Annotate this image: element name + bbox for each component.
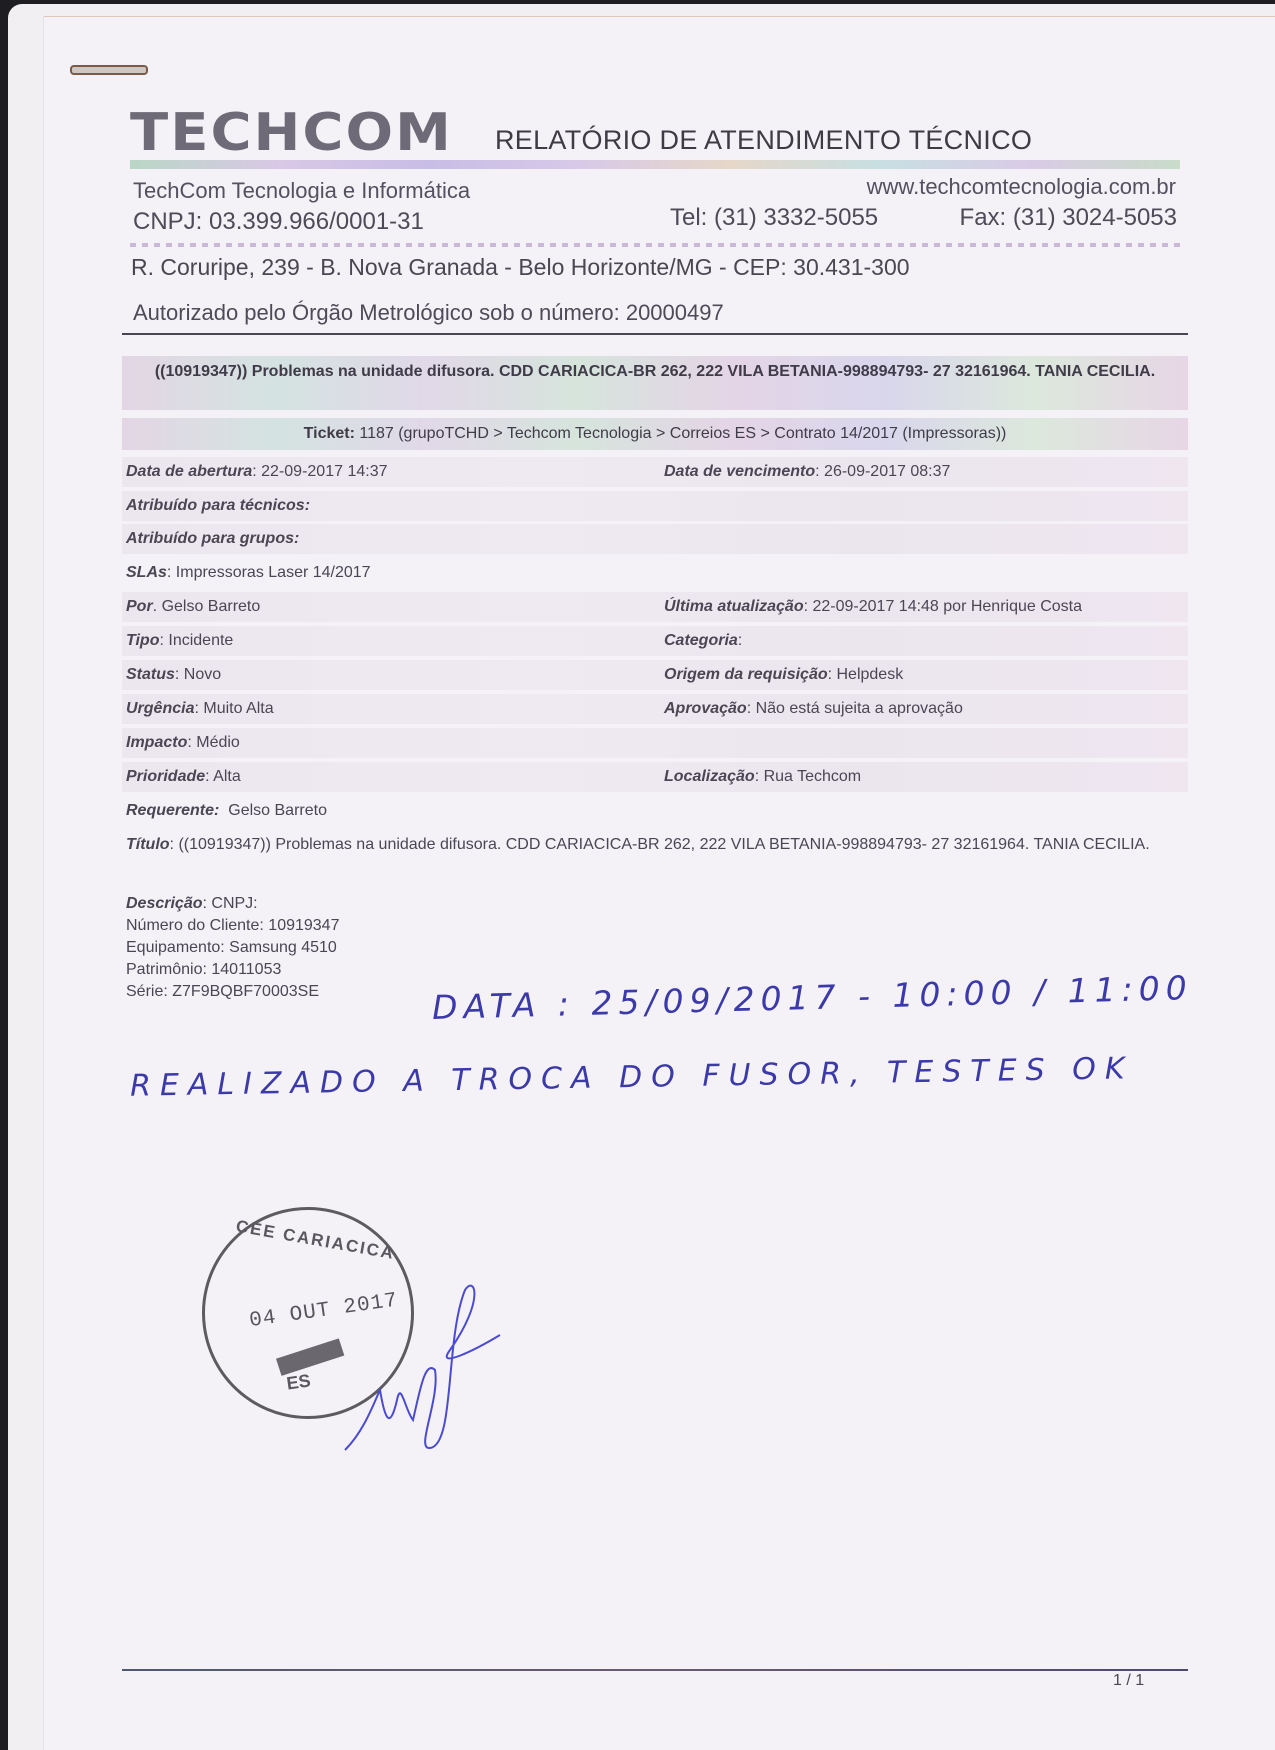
field-separator: : bbox=[205, 768, 213, 785]
field-left: Impacto: Médio bbox=[126, 734, 240, 752]
company-website: www.techcomtecnologia.com.br bbox=[867, 174, 1176, 200]
company-phone: Tel: (31) 3332-5055 bbox=[670, 204, 878, 232]
field-label: Data de abertura bbox=[126, 463, 252, 480]
field-row: Atribuído para grupos: bbox=[122, 524, 1188, 554]
field-label: Requerente: bbox=[126, 802, 219, 819]
field-left: Status: Novo bbox=[126, 666, 221, 684]
field-value: Gelso Barreto bbox=[228, 802, 327, 819]
field-separator: : bbox=[815, 463, 824, 480]
field-value: Muito Alta bbox=[203, 700, 273, 717]
field-row: Urgência: Muito AltaAprovação: Não está … bbox=[122, 694, 1188, 724]
field-value: Não está sujeita a aprovação bbox=[756, 700, 963, 717]
field-label: Impacto bbox=[126, 734, 187, 751]
field-value: Helpdesk bbox=[837, 666, 904, 683]
description-first-line: CNPJ: bbox=[211, 895, 257, 912]
field-left: Prioridade: Alta bbox=[126, 768, 241, 786]
field-separator: : bbox=[175, 666, 184, 683]
techcom-logo: TECHCOM bbox=[130, 103, 453, 163]
field-label: Urgência bbox=[126, 700, 194, 717]
company-fax: Fax: (31) 3024-5053 bbox=[960, 204, 1177, 232]
ticket-id-band: Ticket: 1187 (grupoTCHD > Techcom Tecnol… bbox=[122, 418, 1188, 450]
field-label: Aprovação bbox=[664, 700, 747, 717]
field-row: Impacto: Médio bbox=[122, 728, 1188, 758]
field-left: Atribuído para técnicos: bbox=[126, 497, 310, 515]
field-value: Rua Techcom bbox=[764, 768, 862, 785]
field-left: SLAs: Impressoras Laser 14/2017 bbox=[126, 564, 371, 582]
field-left: Requerente: Gelso Barreto bbox=[126, 802, 327, 820]
field-value: 22-09-2017 14:37 bbox=[261, 463, 387, 480]
field-label: Última atualização bbox=[664, 598, 804, 615]
field-value: Impressoras Laser 14/2017 bbox=[176, 564, 371, 581]
field-label: Atribuído para técnicos: bbox=[126, 497, 310, 514]
field-separator: : bbox=[187, 734, 196, 751]
field-label: Por bbox=[126, 598, 153, 615]
field-separator: . bbox=[153, 598, 162, 615]
field-row: Por. Gelso BarretoÚltima atualização: 22… bbox=[122, 592, 1188, 622]
staple-mark bbox=[70, 65, 148, 75]
field-separator: : bbox=[755, 768, 764, 785]
footer-divider bbox=[122, 1669, 1188, 1671]
description-line: Equipamento: Samsung 4510 bbox=[126, 937, 339, 959]
field-label: Categoria bbox=[664, 632, 738, 649]
field-separator: : bbox=[738, 632, 742, 649]
field-value: Médio bbox=[196, 734, 240, 751]
ticket-description: Descrição: CNPJ: Número do Cliente: 1091… bbox=[126, 893, 339, 1003]
field-value: Alta bbox=[213, 768, 241, 785]
field-right: Origem da requisição: Helpdesk bbox=[664, 666, 903, 684]
field-left: Tipo: Incidente bbox=[126, 632, 233, 650]
field-value: Novo bbox=[184, 666, 221, 683]
field-label: Prioridade bbox=[126, 768, 205, 785]
field-separator: : bbox=[252, 463, 261, 480]
field-row: Tipo: IncidenteCategoria: bbox=[122, 626, 1188, 656]
metrology-authorization: Autorizado pelo Órgão Metrológico sob o … bbox=[133, 300, 724, 326]
report-title: RELATÓRIO DE ATENDIMENTO TÉCNICO bbox=[495, 125, 1032, 156]
field-left: Atribuído para grupos: bbox=[126, 530, 299, 548]
field-label: Atribuído para grupos: bbox=[126, 530, 299, 547]
title-label: Título bbox=[126, 836, 170, 853]
field-separator bbox=[219, 802, 228, 819]
description-line: Patrimônio: 14011053 bbox=[126, 959, 339, 981]
company-cnpj: CNPJ: 03.399.966/0001-31 bbox=[133, 208, 424, 236]
ticket-summary-band: ((10919347)) Problemas na unidade difuso… bbox=[122, 356, 1188, 410]
field-left: Urgência: Muito Alta bbox=[126, 700, 274, 718]
field-label: SLAs bbox=[126, 564, 167, 581]
description-line: Número do Cliente: 10919347 bbox=[126, 915, 339, 937]
field-label: Localização bbox=[664, 768, 755, 785]
field-value: 22-09-2017 14:48 por Henrique Costa bbox=[813, 598, 1083, 615]
field-row: Requerente: Gelso Barreto bbox=[122, 796, 1188, 826]
header-divider bbox=[122, 333, 1188, 335]
field-row: Atribuído para técnicos: bbox=[122, 491, 1188, 521]
field-label: Data de vencimento bbox=[664, 463, 815, 480]
description-label: Descrição bbox=[126, 895, 203, 912]
field-value: 26-09-2017 08:37 bbox=[824, 463, 950, 480]
field-right: Aprovação: Não está sujeita a aprovação bbox=[664, 700, 963, 718]
field-row: Status: NovoOrigem da requisição: Helpde… bbox=[122, 660, 1188, 690]
description-line: Série: Z7F9BQBF70003SE bbox=[126, 981, 339, 1003]
field-left: Data de abertura: 22-09-2017 14:37 bbox=[126, 463, 387, 481]
title-value: ((10919347)) Problemas na unidade difuso… bbox=[178, 836, 1149, 853]
field-value: Incidente bbox=[168, 632, 233, 649]
field-row: Data de abertura: 22-09-2017 14:37Data d… bbox=[122, 457, 1188, 487]
signature bbox=[335, 1280, 515, 1470]
field-separator: : bbox=[747, 700, 756, 717]
ticket-label: Ticket: bbox=[304, 425, 355, 442]
ticket-title: Título: ((10919347)) Problemas na unidad… bbox=[126, 833, 1176, 856]
stamp-state: ES bbox=[285, 1370, 312, 1394]
page-number: 1 / 1 bbox=[1113, 1672, 1144, 1690]
field-right: Localização: Rua Techcom bbox=[664, 768, 861, 786]
field-row: SLAs: Impressoras Laser 14/2017 bbox=[122, 558, 1188, 588]
field-right: Última atualização: 22-09-2017 14:48 por… bbox=[664, 598, 1082, 616]
field-separator: : bbox=[828, 666, 837, 683]
field-value: Gelso Barreto bbox=[162, 598, 261, 615]
field-left: Por. Gelso Barreto bbox=[126, 598, 260, 616]
company-address: R. Coruripe, 239 - B. Nova Granada - Bel… bbox=[131, 254, 910, 281]
field-label: Origem da requisição bbox=[664, 666, 828, 683]
field-row: Prioridade: AltaLocalização: Rua Techcom bbox=[122, 762, 1188, 792]
field-separator: : bbox=[804, 598, 813, 615]
field-label: Tipo bbox=[126, 632, 159, 649]
dotted-separator bbox=[130, 243, 1180, 247]
header-color-bar bbox=[130, 160, 1180, 169]
ticket-value: 1187 (grupoTCHD > Techcom Tecnologia > C… bbox=[359, 425, 1006, 442]
field-right: Data de vencimento: 26-09-2017 08:37 bbox=[664, 463, 950, 481]
field-label: Status bbox=[126, 666, 175, 683]
company-name: TechCom Tecnologia e Informática bbox=[133, 178, 470, 204]
field-right: Categoria: bbox=[664, 632, 742, 650]
field-separator: : bbox=[167, 564, 176, 581]
